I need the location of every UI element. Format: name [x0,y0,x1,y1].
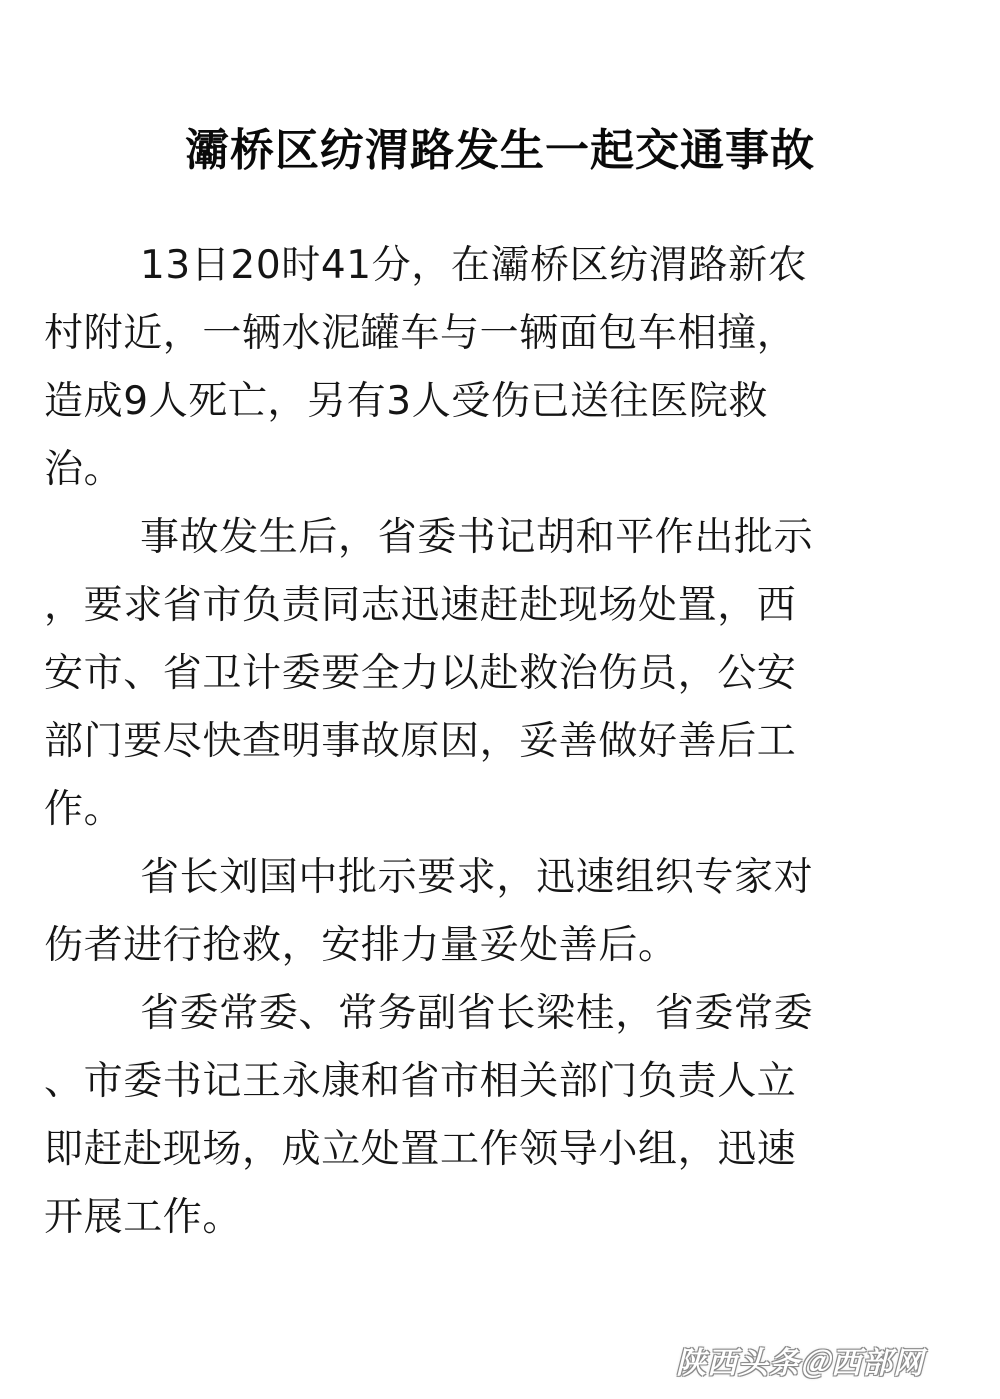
paragraph-governor-instruction: 省长刘国中批示要求，迅速组织专家对 伤者进行抢救，安排力量妥处善后。 [44,844,964,980]
text-line: 伤者进行抢救，安排力量妥处善后。 [44,912,964,980]
source-watermark: 陕西头条＠西部网 [676,1338,924,1382]
text-line: 作。 [44,776,964,844]
text-line: 省长刘国中批示要求，迅速组织专家对 [44,844,964,912]
text-line: 部门要尽快查明事故原因，妥善做好善后工 [44,708,964,776]
text-line: ，要求省市负责同志迅速赶赴现场处置，西 [44,572,964,640]
article-body: 13日20时41分，在灞桥区纺渭路新农 村附近，一辆水泥罐车与一辆面包车相撞， … [44,232,964,1252]
article-title: 灞桥区纺渭路发生一起交通事故 [0,121,1000,181]
text-line: 村附近，一辆水泥罐车与一辆面包车相撞， [44,300,964,368]
text-line: 造成9人死亡，另有3人受伤已送往医院救 [44,368,964,436]
text-line: 安市、省卫计委要全力以赴救治伤员，公安 [44,640,964,708]
text-line: 治。 [44,436,964,504]
text-line: 13日20时41分，在灞桥区纺渭路新农 [44,232,964,300]
text-line: 开展工作。 [44,1184,964,1252]
text-line: 省委常委、常务副省长梁桂，省委常委 [44,980,964,1048]
paragraph-party-secretary-instruction: 事故发生后，省委书记胡和平作出批示 ，要求省市负责同志迅速赶赴现场处置，西 安市… [44,504,964,844]
text-line: 事故发生后，省委书记胡和平作出批示 [44,504,964,572]
paragraph-response-team: 省委常委、常务副省长梁桂，省委常委 、市委书记王永康和省市相关部门负责人立 即赶… [44,980,964,1252]
text-line: 、市委书记王永康和省市相关部门负责人立 [44,1048,964,1116]
text-line: 即赶赴现场，成立处置工作领导小组，迅速 [44,1116,964,1184]
paragraph-accident-report: 13日20时41分，在灞桥区纺渭路新农 村附近，一辆水泥罐车与一辆面包车相撞， … [44,232,964,504]
